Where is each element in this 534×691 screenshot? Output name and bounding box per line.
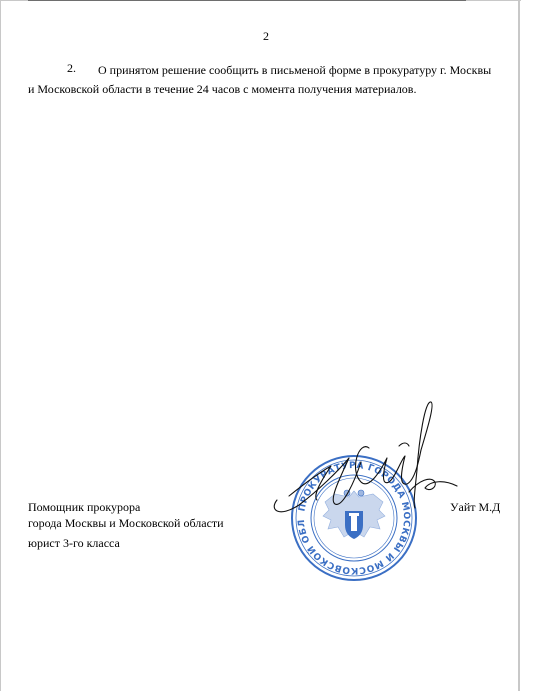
signer-position-line-1: Помощник прокурора — [28, 500, 140, 515]
signer-position-line-2: города Москвы и Московской области — [28, 516, 224, 531]
signer-rank: юрист 3-го класса — [28, 536, 120, 551]
list-item-number: 2. — [67, 61, 76, 76]
page-top-rule — [28, 0, 466, 1]
document-page: 2 2. О принятом решение сообщить в письм… — [0, 0, 520, 691]
page-number: 2 — [1, 29, 531, 44]
handwritten-signature-icon — [269, 400, 469, 520]
paragraph-line-1: О принятом решение сообщить в письменой … — [98, 61, 491, 80]
paragraph-line-2: и Московской области в течение 24 часов … — [28, 80, 416, 99]
